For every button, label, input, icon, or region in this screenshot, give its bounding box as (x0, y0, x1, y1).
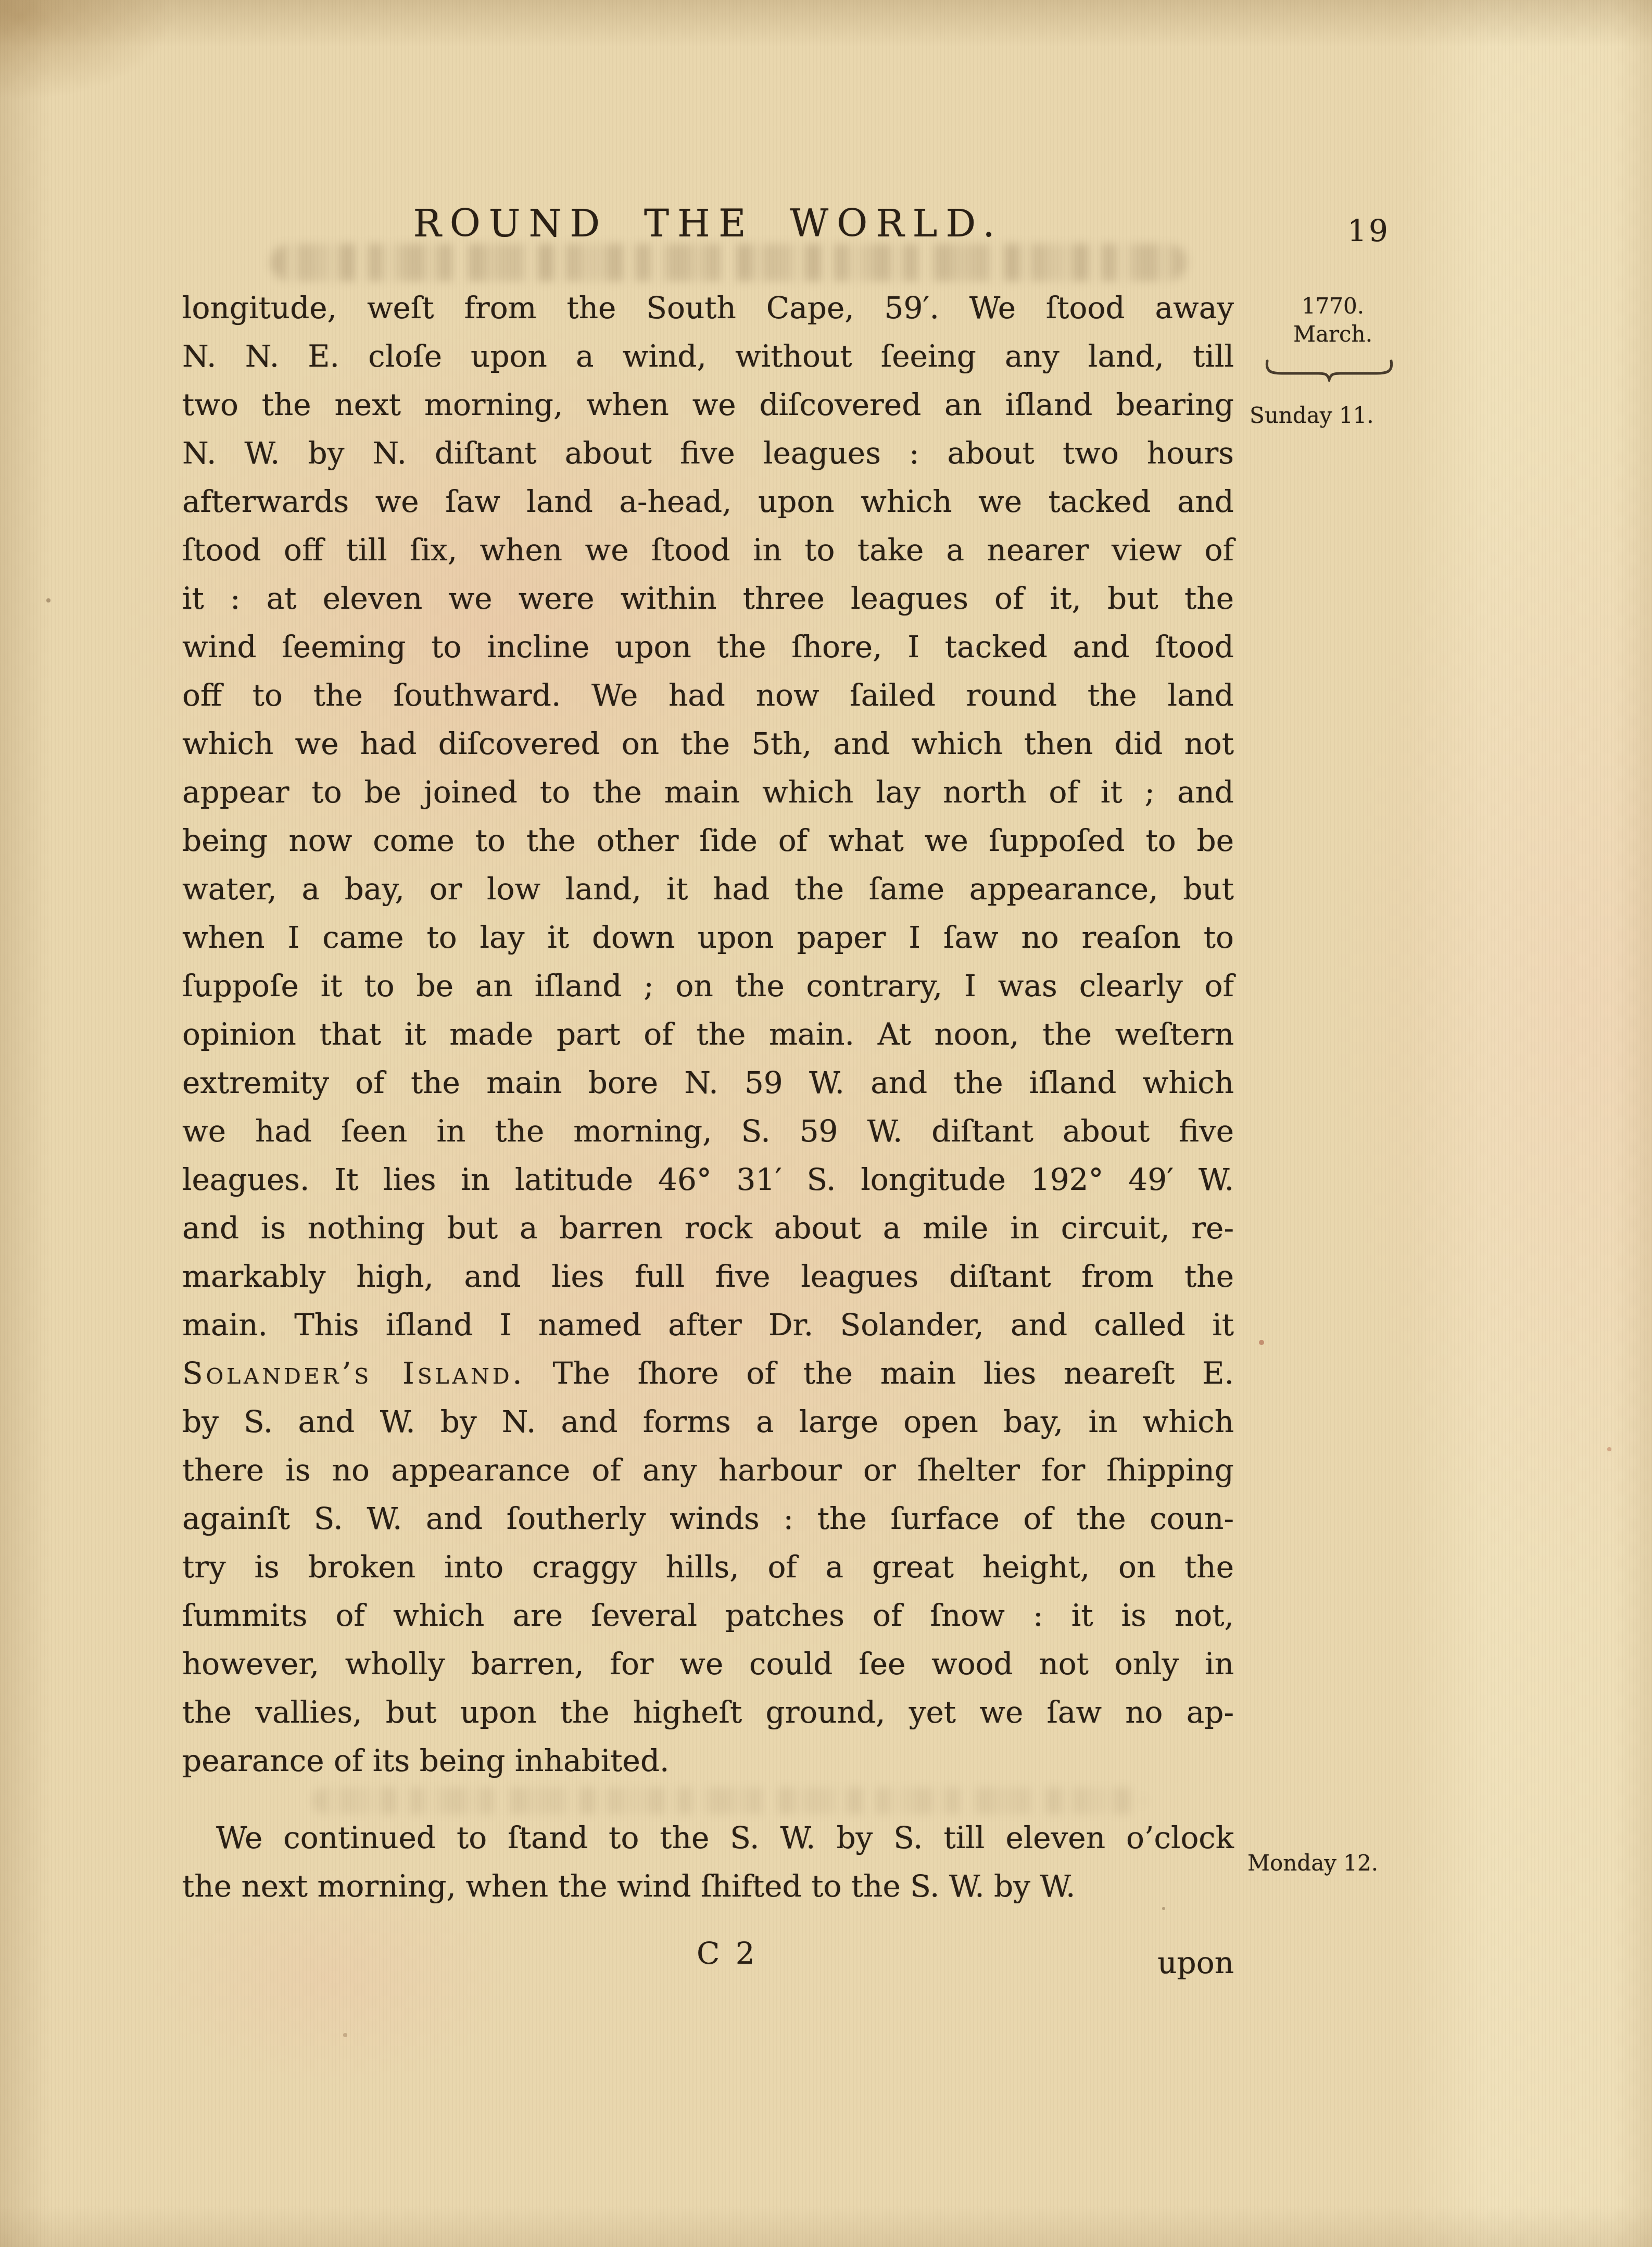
date-brace-icon (1264, 356, 1394, 382)
solander-island-smallcaps: Solander’s Island. (182, 1355, 525, 1391)
paragraph-1: longitude, weſt from the South Cape, 59′… (182, 284, 1234, 1785)
text-line: being now come to the other ſide of what… (182, 817, 1234, 865)
text-line: we had ſeen in the morning, S. 59 W. diſ… (182, 1107, 1234, 1156)
text-line: opinion that it made part of the main. A… (182, 1010, 1234, 1059)
book-page: ROUND THE WORLD. 19 longitude, weſt from… (0, 0, 1652, 2247)
text-line: afterwards we ſaw land a-head, upon whic… (182, 478, 1234, 526)
page-footer: C 2 upon (182, 1929, 1234, 1992)
page-number: 19 (1347, 212, 1390, 249)
text-line: main. This iſland I named after Dr. Sola… (182, 1301, 1234, 1349)
text-line: it : at eleven we were within three leag… (182, 574, 1234, 623)
text-line: ſtood off till ſix, when we ſtood in to … (182, 526, 1234, 574)
text-line: ſuppoſe it to be an iſland ; on the cont… (182, 962, 1234, 1010)
text-line: which we had diſcovered on the 5th, and … (182, 720, 1234, 768)
catchword: upon (1157, 1939, 1234, 1987)
text-line: by S. and W. by N. and forms a large ope… (182, 1398, 1234, 1446)
text-line: two the next morning, when we diſcovered… (182, 381, 1234, 429)
text-line: wind ſeeming to incline upon the ſhore, … (182, 623, 1234, 671)
body-text: longitude, weſt from the South Cape, 59′… (182, 284, 1234, 1911)
text-line: We continued to ſtand to the S. W. by S.… (182, 1814, 1234, 1862)
text-line: againſt S. W. and ſoutherly winds : the … (182, 1495, 1234, 1543)
text-line: there is no appearance of any harbour or… (182, 1446, 1234, 1495)
margin-note-monday: Monday 12. (1247, 1850, 1378, 1877)
running-header: ROUND THE WORLD. (182, 199, 1234, 248)
text-line: the next morning, when the wind ſhifted … (182, 1862, 1234, 1911)
text-line: longitude, weſt from the South Cape, 59′… (182, 284, 1234, 332)
text-line: N. N. E. cloſe upon a wind, without ſeei… (182, 332, 1234, 381)
bleedthrough-smudge-top (271, 244, 1187, 281)
text-line: appear to be joined to the main which la… (182, 768, 1234, 817)
page-title: ROUND THE WORLD. (413, 202, 1003, 245)
margin-note-sunday: Sunday 11. (1250, 402, 1374, 429)
text-line: pearance of its being inhabited. (182, 1737, 1234, 1785)
margin-note-year: 1770. (1270, 293, 1395, 320)
text-line: however, wholly barren, for we could ſee… (182, 1640, 1234, 1688)
text-line: try is broken into craggy hills, of a gr… (182, 1543, 1234, 1591)
text-line: N. W. by N. diſtant about five leagues :… (182, 429, 1234, 478)
signature-mark: C 2 (697, 1929, 758, 1978)
text-line: markably high, and lies full five league… (182, 1252, 1234, 1301)
text-line: ſummits of which are ſeveral patches of … (182, 1591, 1234, 1640)
text-line: extremity of the main bore N. 59 W. and … (182, 1059, 1234, 1107)
paper-specks (0, 0, 3, 3)
text-line: when I came to lay it down upon paper I … (182, 913, 1234, 962)
text-line: and is nothing but a barren rock about a… (182, 1204, 1234, 1252)
margin-note-month: March. (1270, 321, 1395, 348)
text-line: leagues. It lies in latitude 46° 31′ S. … (182, 1156, 1234, 1204)
text-line-solander: Solander’s Island. The ſhore of the main… (182, 1349, 1234, 1398)
paragraph-2: We continued to ſtand to the S. W. by S.… (182, 1814, 1234, 1911)
text-line: water, a bay, or low land, it had the ſa… (182, 865, 1234, 913)
text-line-rest: The ſhore of the main lies neareſt E. (553, 1355, 1234, 1391)
text-line: the vallies, but upon the higheſt ground… (182, 1688, 1234, 1737)
text-line: off to the ſouthward. We had now ſailed … (182, 671, 1234, 720)
